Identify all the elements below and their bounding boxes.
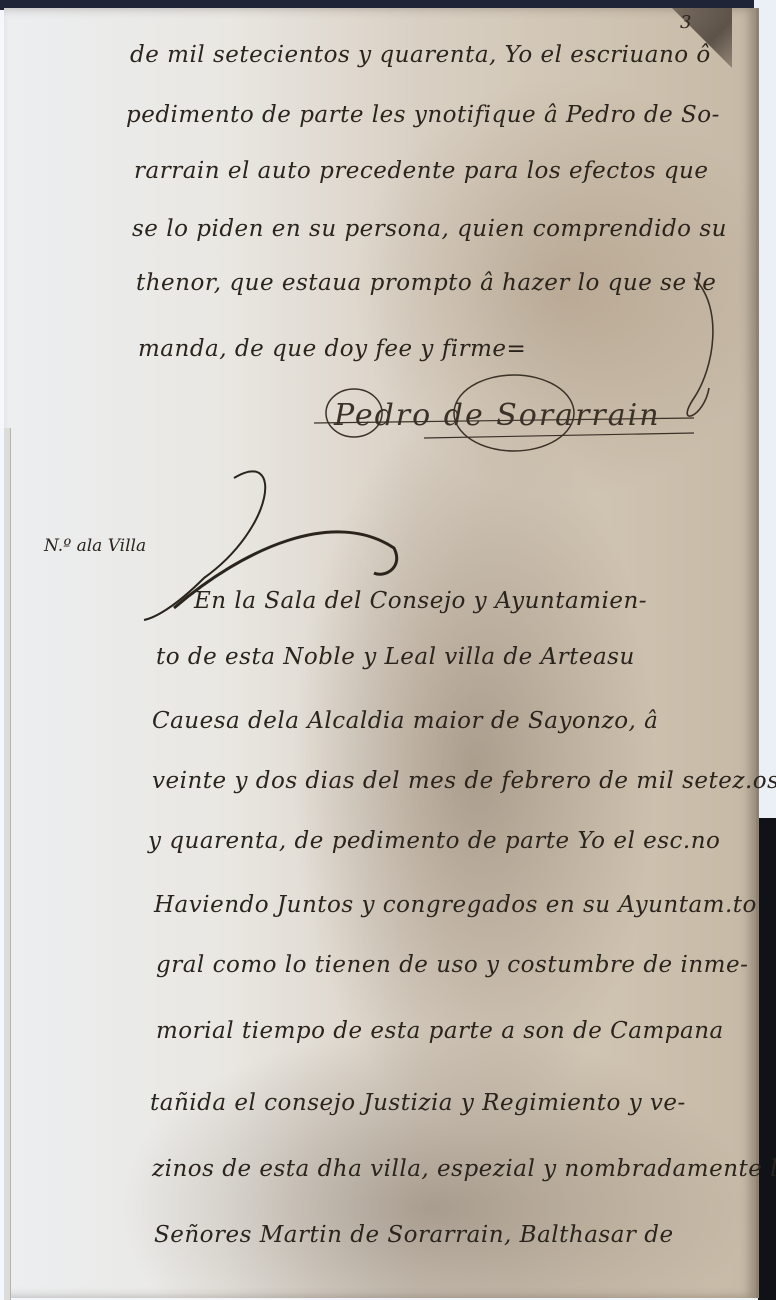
manuscript-page: 3 de mil setecientos y quarenta, Yo el e…: [4, 8, 759, 1298]
text-line: En la Sala del Consejo y Ayuntamien-: [194, 588, 647, 614]
text-line: to de esta Noble y Leal villa de Arteasu: [156, 644, 635, 670]
text-line: gral como lo tienen de uso y costumbre d…: [156, 952, 748, 978]
text-line: tañida el consejo Justizia y Regimiento …: [150, 1090, 686, 1116]
text-line: Haviendo Juntos y congregados en su Ayun…: [154, 892, 757, 918]
text-line: Cauesa dela Alcaldia maior de Sayonzo, â: [152, 708, 658, 734]
text-line: Señores Martin de Sorarrain, Balthasar d…: [154, 1222, 674, 1248]
text-line: morial tiempo de esta parte a son de Cam…: [156, 1018, 724, 1044]
signature-name: Pedro de Sorarrain: [334, 398, 661, 433]
text-line: zinos de esta dha villa, espezial y nomb…: [152, 1156, 776, 1182]
text-line: veinte y dos dias del mes de febrero de …: [152, 768, 776, 794]
signature: Pedro de Sorarrain: [314, 378, 714, 458]
margin-note: N.º ala Villa: [44, 536, 146, 556]
text-line: y quarenta, de pedimento de parte Yo el …: [148, 828, 720, 854]
